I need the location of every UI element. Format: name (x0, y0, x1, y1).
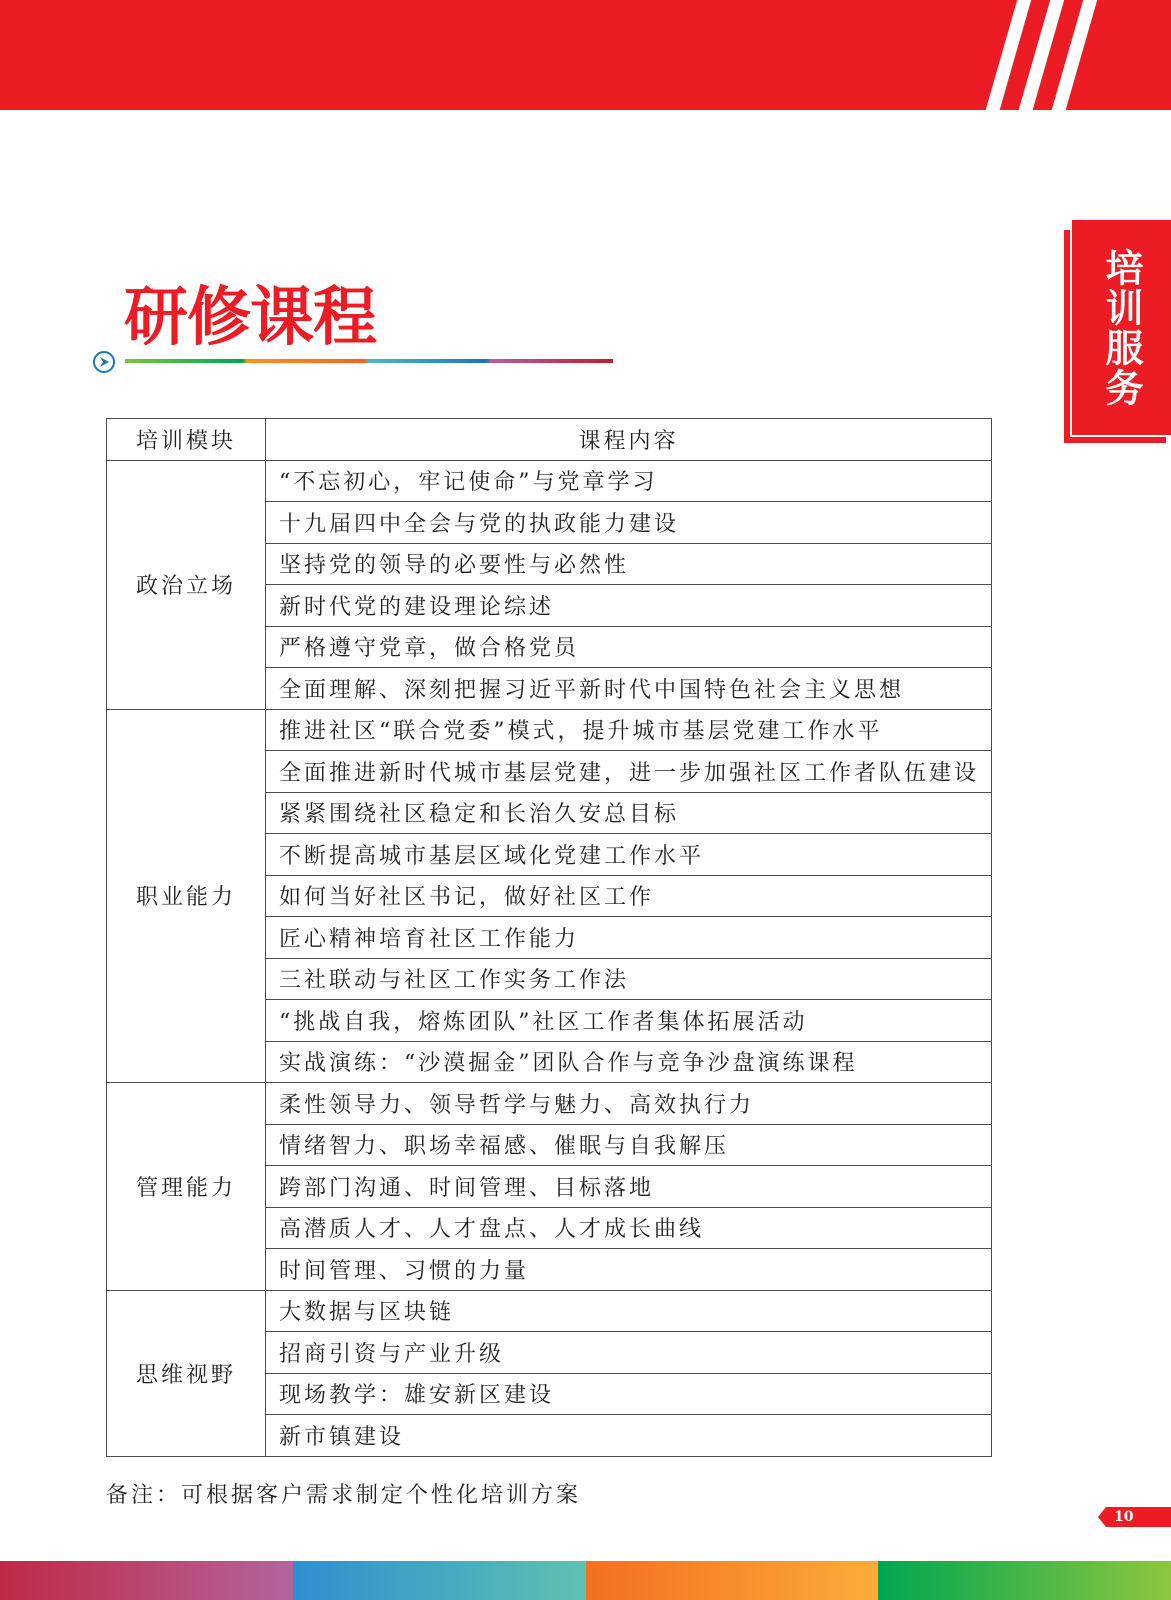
side-tab-label: 培训服务 (1094, 248, 1149, 408)
table-row: 思维视野 大数据与区块链 (107, 1290, 992, 1332)
header-band (0, 0, 1171, 110)
module-cell: 管理能力 (107, 1083, 266, 1291)
course-cell: 紧紧围绕社区稳定和长治久安总目标 (266, 792, 992, 834)
course-table: 培训模块 课程内容 政治立场 “不忘初心，牢记使命”与党章学习 十九届四中全会与… (106, 418, 992, 1457)
course-cell: 现场教学：雄安新区建设 (266, 1373, 992, 1415)
table-row: 职业能力 推进社区“联合党委”模式，提升城市基层党建工作水平 (107, 709, 992, 751)
table-header-row: 培训模块 课程内容 (107, 419, 992, 461)
course-cell: 匠心精神培育社区工作能力 (266, 917, 992, 959)
course-cell: 新时代党的建设理论综述 (266, 585, 992, 627)
course-cell: 实战演练：“沙漠掘金”团队合作与竞争沙盘演练课程 (266, 1041, 992, 1083)
side-tab: 培训服务 (1072, 220, 1171, 435)
course-cell: 新市镇建设 (266, 1415, 992, 1457)
table-row: 管理能力 柔性领导力、领导哲学与魅力、高效执行力 (107, 1083, 992, 1125)
course-cell: 推进社区“联合党委”模式，提升城市基层党建工作水平 (266, 709, 992, 751)
course-cell: 全面推进新时代城市基层党建，进一步加强社区工作者队伍建设 (266, 751, 992, 793)
footer-segment (0, 1561, 293, 1600)
course-cell: 情绪智力、职场幸福感、催眠与自我解压 (266, 1124, 992, 1166)
page-number: 10 (1098, 1507, 1171, 1527)
module-cell: 职业能力 (107, 709, 266, 1083)
header-module: 培训模块 (107, 419, 266, 461)
title-underline (125, 359, 613, 363)
course-cell: 全面理解、深刻把握习近平新时代中国特色社会主义思想 (266, 668, 992, 710)
course-cell: “挑战自我，熔炼团队”社区工作者集体拓展活动 (266, 1000, 992, 1042)
page-title: 研修课程 (124, 282, 376, 354)
footer-segment (878, 1561, 1171, 1600)
header-content: 课程内容 (266, 419, 992, 461)
course-cell: 坚持党的领导的必要性与必然性 (266, 543, 992, 585)
table-row: 政治立场 “不忘初心，牢记使命”与党章学习 (107, 460, 992, 502)
course-cell: 柔性领导力、领导哲学与魅力、高效执行力 (266, 1083, 992, 1125)
course-cell: 时间管理、习惯的力量 (266, 1249, 992, 1291)
footer-segment (586, 1561, 879, 1600)
module-cell: 政治立场 (107, 460, 266, 709)
course-cell: 高潜质人才、人才盘点、人才成长曲线 (266, 1207, 992, 1249)
course-cell: 大数据与区块链 (266, 1290, 992, 1332)
course-cell: 严格遵守党章，做合格党员 (266, 626, 992, 668)
course-cell: 跨部门沟通、时间管理、目标落地 (266, 1166, 992, 1208)
course-cell: 三社联动与社区工作实务工作法 (266, 958, 992, 1000)
course-cell: 十九届四中全会与党的执政能力建设 (266, 502, 992, 544)
footer-band (0, 1561, 1171, 1600)
course-cell: 招商引资与产业升级 (266, 1332, 992, 1374)
course-cell: 如何当好社区书记，做好社区工作 (266, 875, 992, 917)
circle-arrow-right-icon (93, 351, 115, 373)
course-cell: 不断提高城市基层区域化党建工作水平 (266, 834, 992, 876)
module-cell: 思维视野 (107, 1290, 266, 1456)
footer-segment (293, 1561, 586, 1600)
footnote: 备注：可根据客户需求制定个性化培训方案 (106, 1478, 581, 1509)
course-cell: “不忘初心，牢记使命”与党章学习 (266, 460, 992, 502)
